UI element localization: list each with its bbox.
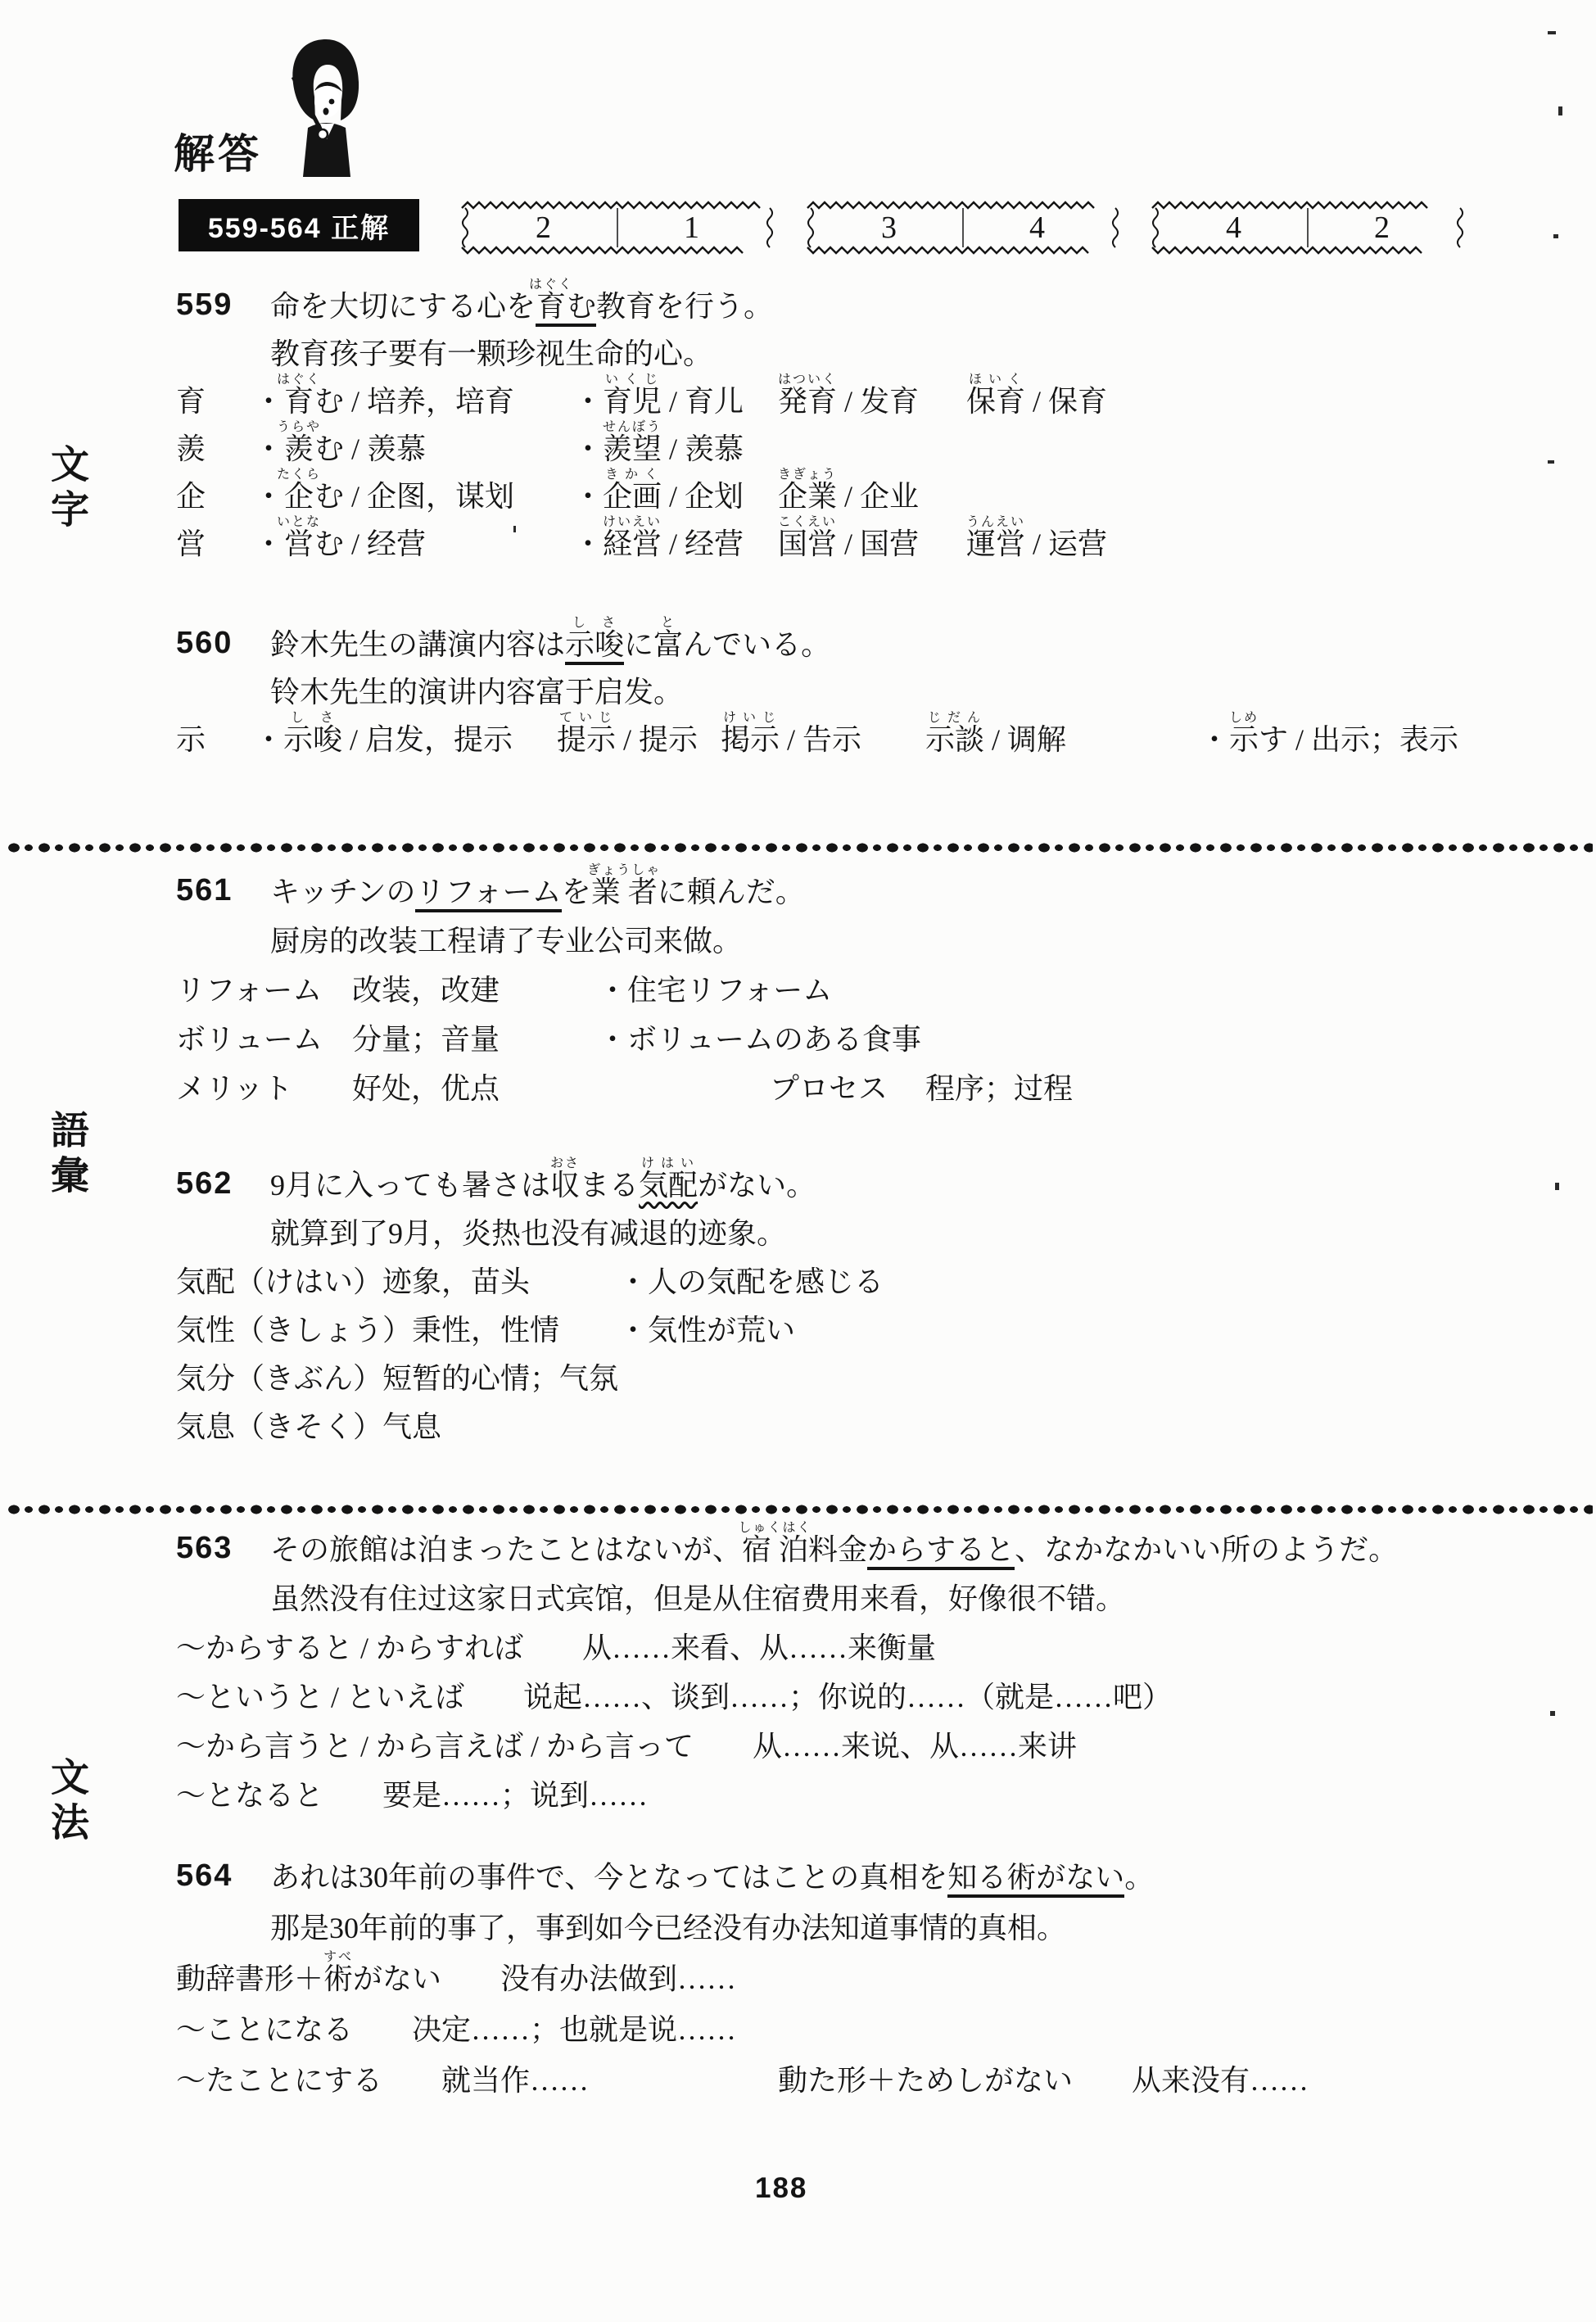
vocab-cell: 掲示けいじ / 告示 bbox=[721, 711, 861, 756]
section-divider bbox=[7, 840, 1593, 855]
answer-strip-3: 4 2 bbox=[1151, 201, 1464, 255]
grammar-entry: ～ことになる 决定……；也就是说…… bbox=[176, 2015, 736, 2046]
question-sentence: あれは30年前の事件で、今となってはことの真相を知る術がない。 bbox=[270, 1863, 1154, 1894]
vocab-cell: 育 bbox=[176, 387, 206, 418]
question-translation: 就算到了9月，炎热也没有减退的迹象。 bbox=[270, 1219, 786, 1250]
vocab-cell: 気息（きそく）气息 bbox=[176, 1412, 441, 1443]
answer-cell: 1 bbox=[617, 207, 766, 248]
margin-label-moji: 文字 bbox=[39, 444, 94, 534]
question-number: 559 bbox=[176, 287, 233, 323]
answer-cell: 4 bbox=[1160, 207, 1308, 248]
vocab-cell: ・経営けいえい / 经营 bbox=[573, 515, 744, 560]
vocab-cell: 示 bbox=[176, 725, 206, 756]
grammar-row: ～というと / といえば 说起……、谈到……；你说的……（就是……吧） bbox=[176, 1671, 1593, 1718]
scanned-textbook-page: 解答 559-564 正解 2 1 bbox=[0, 0, 1596, 2322]
question-559: 559 命を大切にする心を育はぐくむ教育を行う。 教育孩子要有一颗珍视生命的心。… bbox=[176, 280, 1593, 565]
question-translation: 教育孩子要有一颗珍视生命的心。 bbox=[270, 339, 712, 370]
vocab-cell: 提示ていじ / 提示 bbox=[557, 711, 698, 756]
answer-strip-2: 3 4 bbox=[807, 201, 1119, 255]
vocab-cell: ・人の気配を感じる bbox=[618, 1267, 884, 1298]
vocab-cell: 国営こくえい / 国营 bbox=[778, 515, 919, 560]
vocab-cell: 程序；过程 bbox=[925, 1074, 1073, 1105]
question-translation: 铃木先生的演讲内容富于启发。 bbox=[270, 677, 683, 708]
section-divider bbox=[7, 1502, 1593, 1517]
page-title: 解答 bbox=[174, 121, 262, 180]
question-number: 560 bbox=[176, 626, 233, 661]
vocab-cell: プロセス bbox=[770, 1074, 888, 1105]
question-number: 563 bbox=[176, 1531, 233, 1566]
vocab-cell: ・気性が荒い bbox=[618, 1315, 795, 1347]
vocab-cell: 気分（きぶん）短暂的心情；气氛 bbox=[176, 1364, 618, 1395]
question-translation: 厨房的改装工程请了专业公司来做。 bbox=[270, 926, 742, 957]
vocab-cell: ・育児いくじ / 育儿 bbox=[573, 373, 744, 418]
grammar-entry: 動辞書形＋術すべがない 没有办法做到…… bbox=[176, 1950, 736, 1995]
question-translation: 虽然没有住过这家日式宾馆，但是从住宿费用来看，好像很不错。 bbox=[270, 1584, 1125, 1615]
grammar-entry: ～からすると / からすれば 从……来看、从……来衡量 bbox=[176, 1633, 936, 1664]
answer-range-box: 559-564 正解 bbox=[179, 199, 419, 251]
vocab-cell: ・企たくらむ / 企图，谋划 bbox=[254, 468, 514, 513]
question-sentence: 命を大切にする心を育はぐくむ教育を行う。 bbox=[270, 278, 773, 323]
grammar-entry: ～となると 要是……；说到…… bbox=[176, 1781, 648, 1812]
vocab-cell: 気配（けはい）迹象，苗头 bbox=[176, 1267, 530, 1298]
vocab-cell: 運営うんえい / 运营 bbox=[966, 515, 1107, 560]
grammar-row: ～から言うと / から言えば / から言って 从……来说、从……来讲 bbox=[176, 1720, 1593, 1768]
answer-cell: 3 bbox=[815, 207, 963, 248]
vocab-row: 気分（きぶん）短暂的心情；气氛 bbox=[176, 1352, 1593, 1400]
grammar-entry: 動た形＋ためしがない 从来没有…… bbox=[778, 2066, 1309, 2097]
margin-label-goi: 語彙 bbox=[39, 1110, 94, 1200]
vocab-row: 気息（きそく）气息 bbox=[176, 1401, 1593, 1448]
grammar-row: 動辞書形＋術すべがない 没有办法做到…… bbox=[176, 1953, 1593, 2000]
vocab-row: 示 ・示唆しさ / 启发，提示 提示ていじ / 提示 掲示けいじ / 告示 示談… bbox=[176, 713, 1593, 761]
vocab-row: 営 ・営いとなむ / 经营 ・経営けいえい / 经营 国営こくえい / 国营 運… bbox=[176, 518, 1593, 565]
vocab-row: 気性（きしょう）秉性，性情 ・気性が荒い bbox=[176, 1304, 1593, 1351]
margin-label-bunpo: 文法 bbox=[39, 1757, 94, 1847]
vocab-cell: 改装，改建 bbox=[352, 975, 500, 1007]
vocab-cell: ・ボリュームのある食事 bbox=[598, 1025, 921, 1056]
vocab-cell: 示談じだん / 调解 bbox=[925, 711, 1066, 756]
vocab-row: 気配（けはい）迹象，苗头 ・人の気配を感じる bbox=[176, 1256, 1593, 1303]
grammar-entry: ～から言うと / から言えば / から言って 从……来说、从……来讲 bbox=[176, 1731, 1077, 1763]
vocab-row: 企 ・企たくらむ / 企图，谋划 ・企画きかく / 企划 企業きぎょう / 企业 bbox=[176, 470, 1593, 518]
question-sentence: 鈴木先生の講演内容は示唆しさに富とんでいる。 bbox=[270, 616, 830, 661]
vocab-cell: 発育はついく / 发育 bbox=[778, 373, 919, 418]
vocab-cell: メリット bbox=[176, 1074, 293, 1105]
vocab-cell: リフォーム bbox=[176, 975, 322, 1007]
answer-cell: 2 bbox=[469, 207, 617, 248]
vocab-cell: ・羨うらやむ / 羡慕 bbox=[254, 420, 426, 465]
grammar-entry: ～たことにする 就当作…… bbox=[176, 2066, 589, 2097]
vocab-cell: 営 bbox=[176, 529, 206, 560]
answer-strip-1: 2 1 bbox=[461, 201, 774, 255]
vocab-cell: 企 bbox=[176, 482, 206, 513]
vocab-cell: 気性（きしょう）秉性，性情 bbox=[176, 1315, 559, 1347]
question-562: 562 9月に入っても暑さは収おさまる気配けはいがない。 就算到了9月，炎热也没… bbox=[176, 1159, 1593, 1449]
question-translation: 那是30年前的事了，事到如今已经没有办法知道事情的真相。 bbox=[270, 1913, 1066, 1944]
answer-cell: 2 bbox=[1308, 207, 1456, 248]
question-number: 561 bbox=[176, 873, 233, 908]
vocab-cell: 企業きぎょう / 企业 bbox=[778, 468, 919, 513]
question-561: 561 キッチンのリフォームを業者ぎょうしゃに頼んだ。 厨房的改装工程请了专业公… bbox=[176, 866, 1593, 1111]
vocab-row: メリット 好处，优点 プロセス 程序；过程 bbox=[176, 1062, 1593, 1110]
grammar-row: ～となると 要是……；说到…… bbox=[176, 1769, 1593, 1817]
question-sentence: その旅館は泊まったことはないが、宿泊しゅくはく料金からすると、なかなかいい所のよ… bbox=[270, 1521, 1398, 1566]
vocab-cell: ・企画きかく / 企划 bbox=[573, 468, 744, 513]
vocab-row: 育 ・育はぐくむ / 培养，培育 ・育児いくじ / 育儿 発育はついく / 发育… bbox=[176, 375, 1593, 423]
vocab-cell: ・羨望せんぼう / 羡慕 bbox=[573, 420, 744, 465]
vocab-cell: 分量；音量 bbox=[352, 1025, 500, 1056]
vocab-cell: ・示唆しさ / 启发，提示 bbox=[254, 711, 513, 756]
question-number: 562 bbox=[176, 1166, 233, 1202]
grammar-row: ～たことにする 就当作…… 動た形＋ためしがない 从来没有…… bbox=[176, 2054, 1593, 2102]
question-sentence: キッチンのリフォームを業者ぎょうしゃに頼んだ。 bbox=[270, 863, 805, 908]
question-563: 563 その旅館は泊まったことはないが、宿泊しゅくはく料金からすると、なかなかい… bbox=[176, 1523, 1593, 1818]
question-number: 564 bbox=[176, 1858, 233, 1894]
vocab-row: 羨 ・羨うらやむ / 羡慕 ・羨望せんぼう / 羡慕 bbox=[176, 423, 1593, 470]
vocab-cell: 好处，优点 bbox=[352, 1074, 500, 1105]
question-560: 560 鈴木先生の講演内容は示唆しさに富とんでいる。 铃木先生的演讲内容富于启发… bbox=[176, 618, 1593, 761]
vocab-cell: 保育ほいく / 保育 bbox=[966, 373, 1107, 418]
grammar-row: ～ことになる 决定……；也就是说…… bbox=[176, 2003, 1593, 2051]
teacher-girl-illustration bbox=[277, 36, 375, 179]
vocab-row: ボリューム 分量；音量 ・ボリュームのある食事 bbox=[176, 1013, 1593, 1061]
question-564: 564 あれは30年前の事件で、今となってはことの真相を知る術がない。 那是30… bbox=[176, 1851, 1593, 2105]
grammar-entry: ～というと / といえば 说起……、谈到……；你说的……（就是……吧） bbox=[176, 1682, 1172, 1713]
vocab-cell: ボリューム bbox=[176, 1025, 323, 1056]
vocab-cell: ・育はぐくむ / 培养，培育 bbox=[254, 373, 514, 418]
page-number: 188 bbox=[755, 2172, 807, 2205]
grammar-row: ～からすると / からすれば 从……来看、从……来衡量 bbox=[176, 1622, 1593, 1669]
answer-cell: 4 bbox=[963, 207, 1111, 248]
vocab-cell: 羨 bbox=[176, 434, 206, 465]
vocab-row: リフォーム 改装，改建 ・住宅リフォーム bbox=[176, 964, 1593, 1012]
vocab-cell: ・営いとなむ / 经营 bbox=[254, 515, 426, 560]
vocab-cell: ・示しめす / 出示；表示 bbox=[1200, 711, 1458, 756]
question-sentence: 9月に入っても暑さは収おさまる気配けはいがない。 bbox=[270, 1156, 816, 1202]
vocab-cell: ・住宅リフォーム bbox=[598, 975, 832, 1007]
